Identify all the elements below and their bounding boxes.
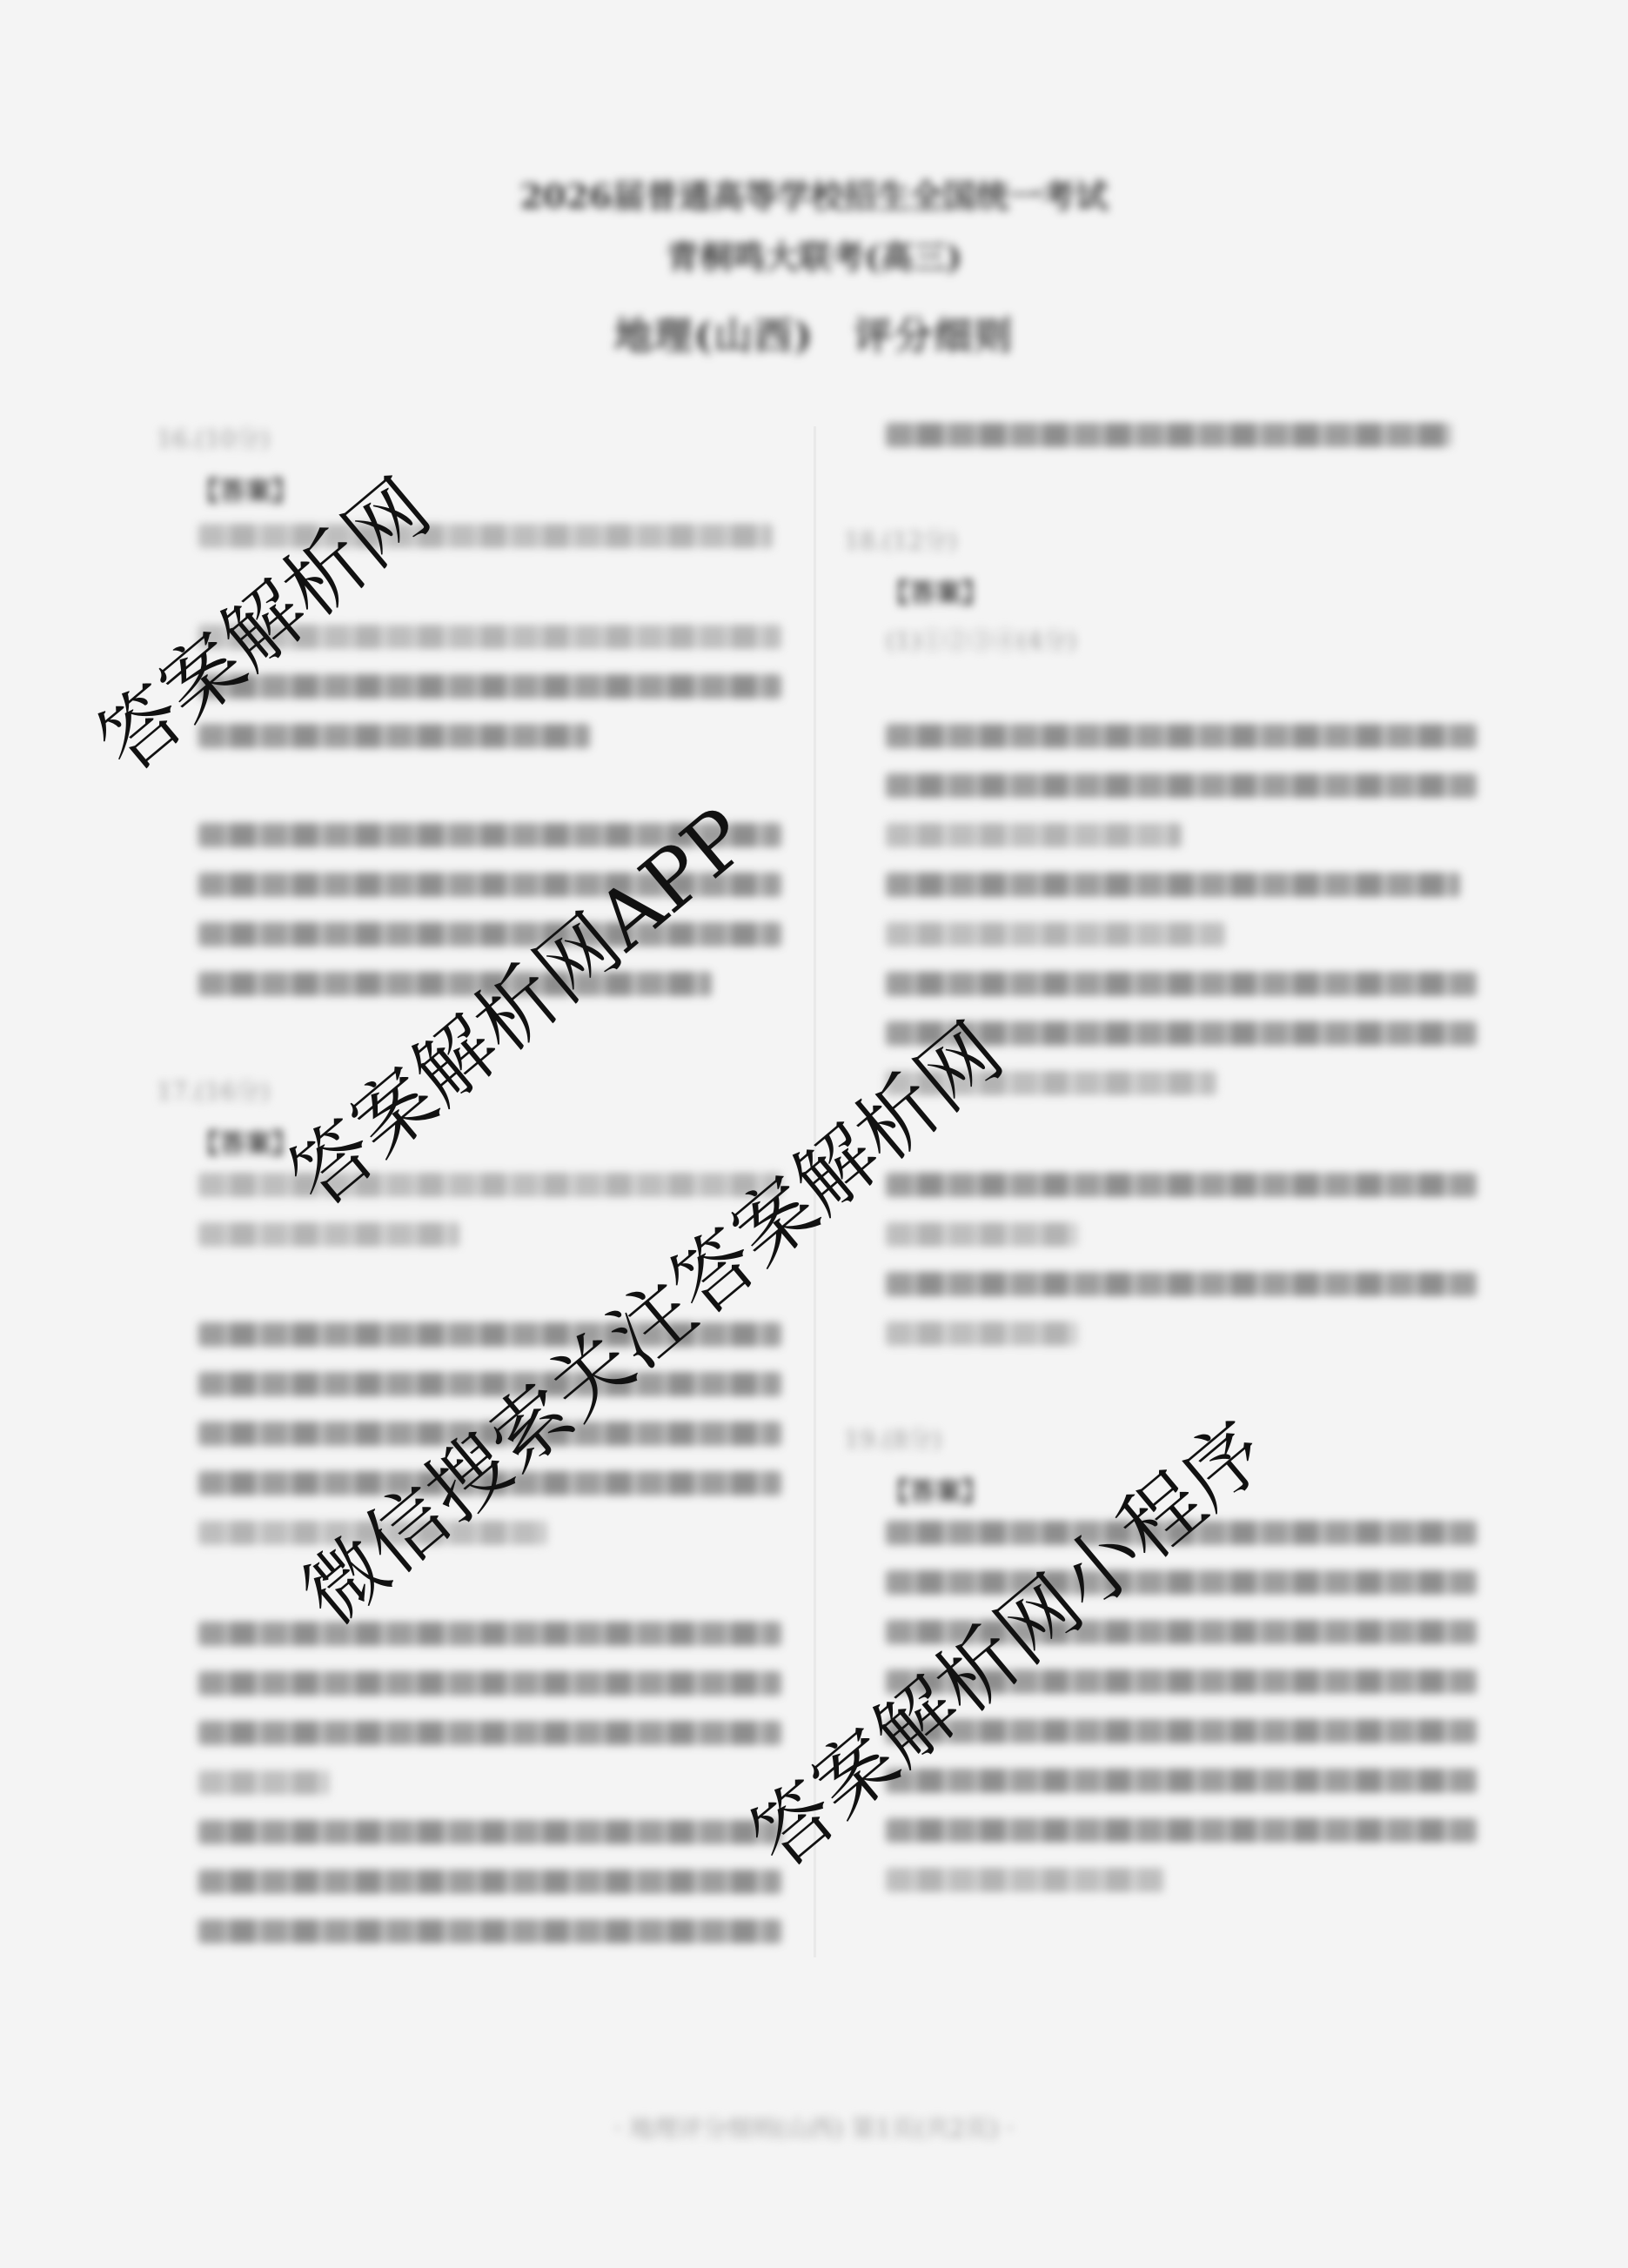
document-subtitle: 青桐鸣大联考(高三) <box>0 231 1628 278</box>
text-line <box>886 972 1477 996</box>
continued-text <box>886 423 1451 447</box>
text-line <box>198 1919 781 1944</box>
text-line <box>886 724 1477 748</box>
text-line <box>198 1173 781 1197</box>
text-line <box>886 1769 1477 1793</box>
text-line <box>198 1721 781 1745</box>
answer-tag: 【答案】 <box>883 1470 988 1509</box>
page-footer: · 地理评分细则(山西) 第1页(共2页) · <box>0 2110 1628 2144</box>
text-line <box>198 1222 459 1247</box>
text-line <box>886 1321 1077 1346</box>
answer-line: (1)①②③④(4分) <box>886 622 1076 657</box>
answer-tag: 【答案】 <box>883 572 988 610</box>
text-line <box>198 1820 781 1844</box>
question-heading: 19.(8分) <box>844 1421 941 1455</box>
text-line <box>198 724 590 748</box>
text-line <box>886 1173 1477 1197</box>
text-line <box>886 873 1460 897</box>
text-line <box>886 1222 1077 1247</box>
text-line <box>198 674 781 699</box>
text-line <box>198 1622 781 1646</box>
question-heading: 16.(10分) <box>157 420 270 455</box>
text-line <box>886 823 1182 847</box>
question-heading: 17.(16分) <box>157 1073 270 1107</box>
text-line <box>886 773 1477 798</box>
answer-tag: 【答案】 <box>193 470 298 508</box>
text-line <box>886 1272 1477 1296</box>
text-line <box>198 1770 329 1795</box>
text-line <box>886 1868 1164 1892</box>
document-title: 2026届普通高等学校招生全国统一考试 <box>0 170 1628 217</box>
text-line <box>198 1671 781 1696</box>
text-line <box>886 1818 1477 1843</box>
question-heading: 18.(12分) <box>844 522 957 557</box>
document-section-title: 地理(山西) 评分细则 <box>0 304 1628 360</box>
text-line <box>886 922 1225 947</box>
text-line <box>198 1870 781 1894</box>
